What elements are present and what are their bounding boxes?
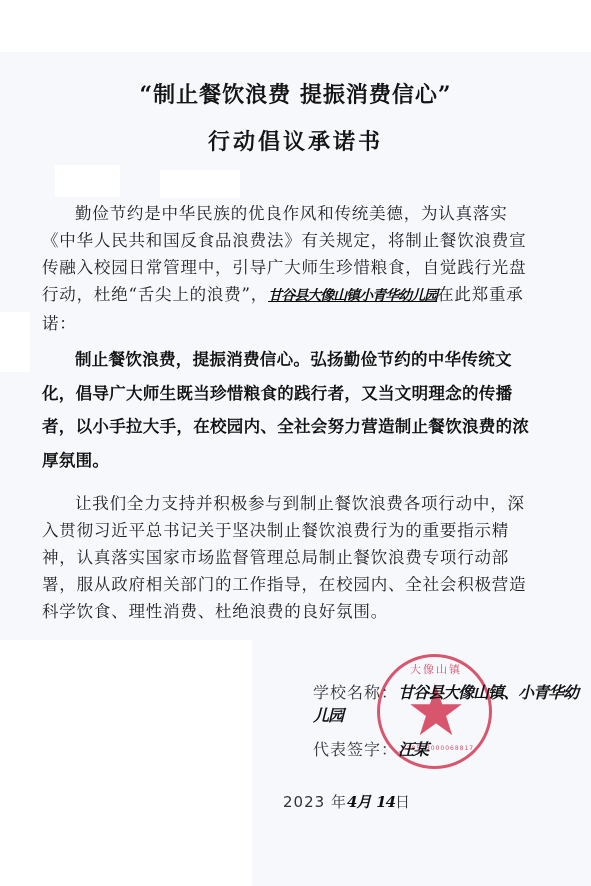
school-name-label: 学校名称：	[313, 683, 398, 702]
date-row: 2023 年4月 14日	[283, 791, 411, 812]
date-month: 4月	[347, 793, 370, 811]
redaction-patch	[160, 170, 240, 198]
document-title: “制止餐饮浪费 提振消费信心”	[0, 78, 591, 109]
paragraph-call-to-action: 让我们全力支持并积极参与到制止餐饮浪费各项行动中，深入贯彻习近平总书记关于坚决制…	[42, 490, 532, 625]
redaction-patch	[55, 165, 120, 197]
redaction-patch	[0, 312, 30, 372]
page-top-margin	[0, 0, 591, 52]
document-subtitle: 行动倡议承诺书	[0, 125, 591, 156]
date-year: 2023 年	[283, 793, 347, 811]
representative-signature: 汪某	[398, 740, 428, 759]
paragraph-intro: 勤俭节约是中华民族的优良作风和传统美德，为认真落实《中华人民共和国反食品浪费法》…	[42, 200, 532, 337]
redaction-patch	[0, 640, 252, 886]
representative-row: 代表签字：汪某	[313, 737, 428, 760]
date-day: 14	[376, 793, 395, 811]
date-suffix: 日	[395, 793, 411, 811]
paragraph-commitment: 制止餐饮浪费，提振消费信心。弘扬勤俭节约的中华传统文化，倡导广大师生既当珍惜粮食…	[42, 343, 532, 477]
seal-arc-text: 大像山镇	[398, 661, 474, 677]
handwritten-school-name: 甘谷县大像山镇小青华幼儿园	[268, 288, 437, 304]
school-name-row: 学校名称：甘谷县大像山镇、小青华幼儿园	[313, 680, 591, 726]
representative-label: 代表签字：	[313, 740, 398, 759]
